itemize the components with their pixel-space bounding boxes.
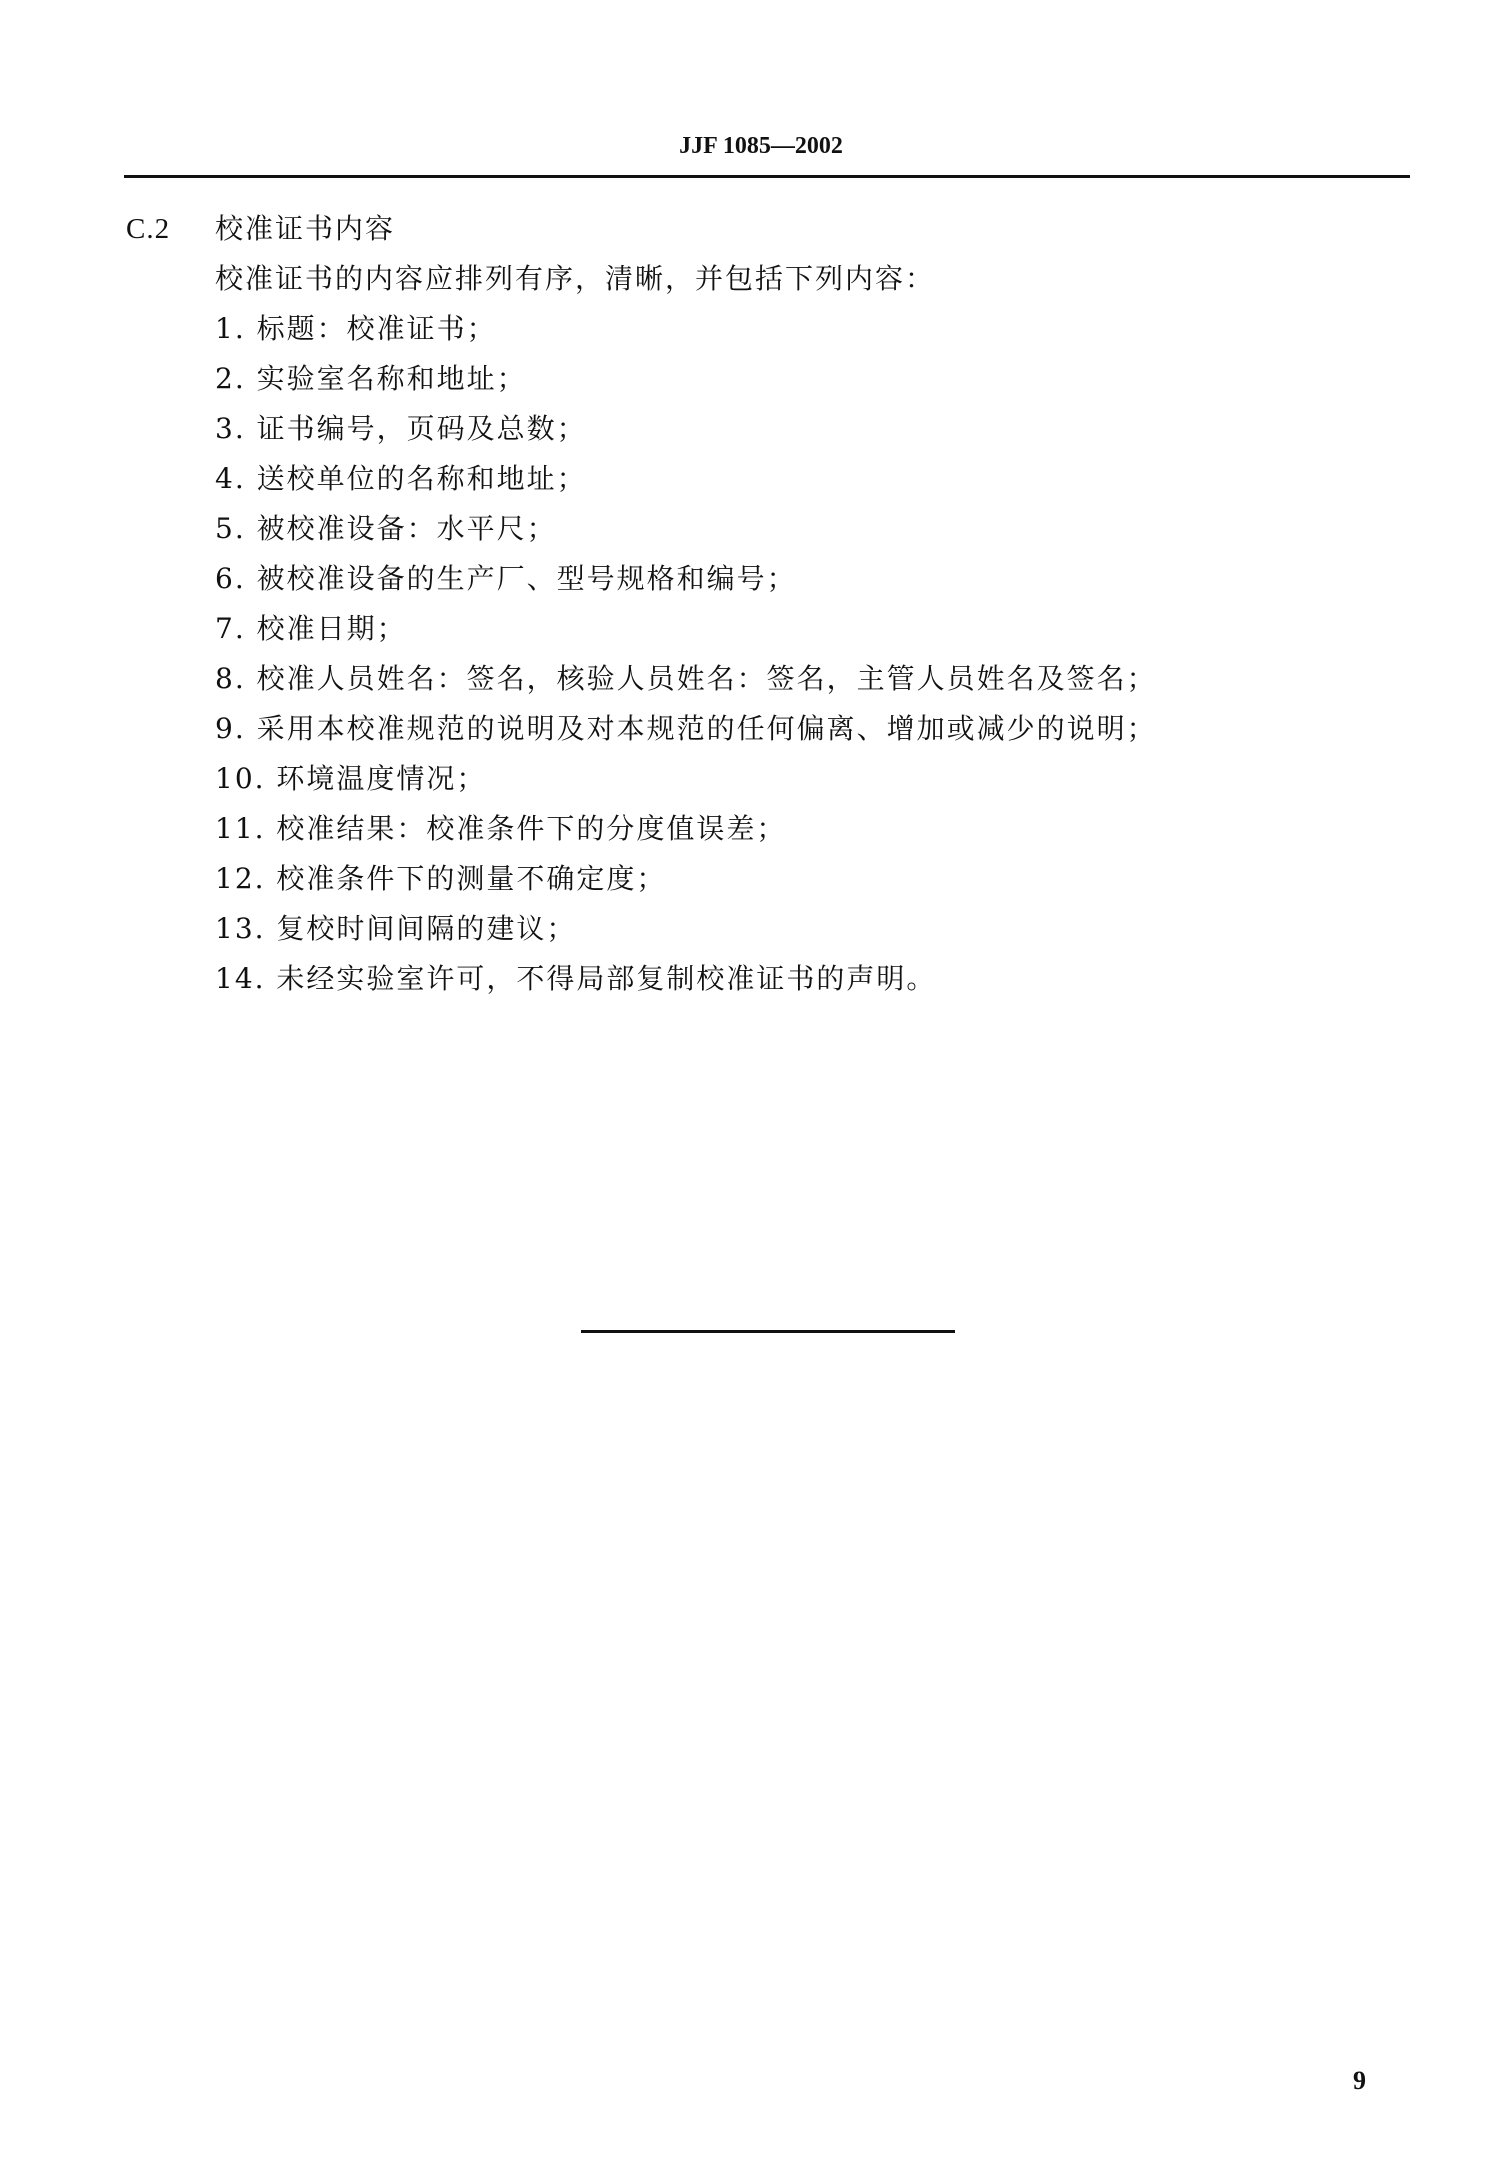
list-item: 4. 送校单位的名称和地址； — [215, 462, 587, 496]
document-code: JJF 1085—2002 — [0, 133, 1500, 160]
list-item: 14. 未经实验室许可，不得局部复制校准证书的声明。 — [215, 962, 936, 996]
end-of-text-divider — [581, 1330, 955, 1333]
section-title: 校准证书内容 — [215, 212, 395, 246]
section-intro: 校准证书的内容应排列有序，清晰，并包括下列内容： — [215, 262, 935, 296]
list-item: 8. 校准人员姓名：签名，核验人员姓名：签名，主管人员姓名及签名； — [215, 662, 1157, 696]
list-item: 2. 实验室名称和地址； — [215, 362, 527, 396]
section-number: C.2 — [126, 212, 170, 246]
page-number: 9 — [1353, 2066, 1366, 2096]
header-divider — [124, 175, 1410, 178]
list-item: 3. 证书编号，页码及总数； — [215, 412, 587, 446]
list-item: 13. 复校时间间隔的建议； — [215, 912, 576, 946]
list-item: 12. 校准条件下的测量不确定度； — [215, 862, 666, 896]
list-item: 9. 采用本校准规范的说明及对本规范的任何偏离、增加或减少的说明； — [215, 712, 1157, 746]
list-item: 11. 校准结果：校准条件下的分度值误差； — [215, 812, 786, 846]
list-item: 1. 标题：校准证书； — [215, 312, 497, 346]
list-item: 7. 校准日期； — [215, 612, 407, 646]
list-item: 5. 被校准设备：水平尺； — [215, 512, 557, 546]
list-item: 6. 被校准设备的生产厂、型号规格和编号； — [215, 562, 797, 596]
list-item: 10. 环境温度情况； — [215, 762, 486, 796]
